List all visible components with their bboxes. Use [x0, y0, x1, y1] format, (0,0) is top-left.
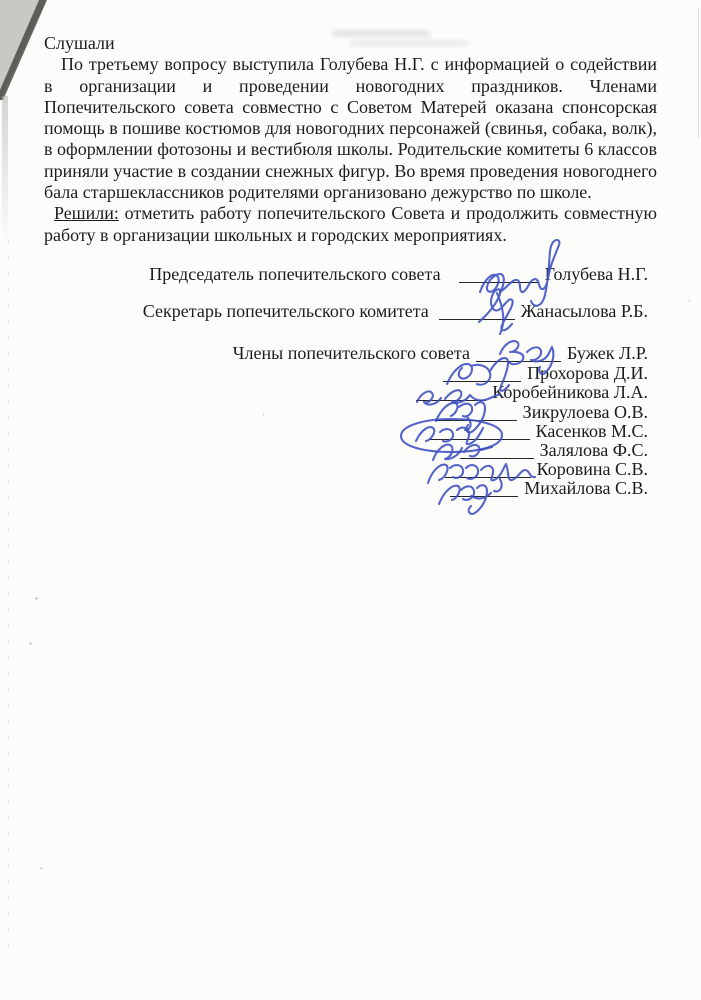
signature-row-member: Члены попечительского совета Бужек Л.Р. [233, 343, 648, 363]
heard-heading: Слушали [44, 33, 657, 54]
member-name: Коровина С.В. [537, 459, 648, 479]
member-name: Касенков М.С. [536, 421, 648, 441]
scanned-document-page: Слушали По третьему вопросу выступила Го… [0, 0, 701, 1000]
signature-row-member: Прохорова Д.И. [443, 363, 648, 383]
scan-edge-strip [2, 96, 8, 246]
member-name: Зикрулоева О.В. [523, 402, 648, 422]
scan-speckles [0, 0, 1, 1]
members-role-label: Члены попечительского совета [233, 343, 470, 363]
scan-right-edge-line [698, 8, 699, 138]
chairman-role-label: Председатель попечительского совета [149, 264, 440, 284]
member-name: Бужек Л.Р. [567, 343, 648, 363]
signature-row-member: Коробейникова Л.А. [416, 382, 648, 402]
member-signature-line [416, 399, 486, 401]
signature-row-member: Михайлова С.В. [450, 478, 648, 498]
signature-row-member: Залялова Ф.С. [460, 440, 648, 460]
signature-row-chairman: Председатель попечительского совета Голу… [149, 264, 648, 284]
chairman-name: Голубева Н.Г. [545, 264, 648, 284]
member-name: Коробейникова Л.А. [492, 382, 648, 402]
resolved-paragraph: Решили: отметить работу попечительского … [44, 203, 657, 246]
signature-row-member: Зикрулоева О.В. [435, 402, 648, 422]
member-signature-line [450, 495, 518, 497]
secretary-name: Жанасылова Р.Б. [521, 301, 648, 321]
secretary-role-label: Секретарь попечительского комитета [143, 301, 429, 321]
secretary-signature-line [439, 318, 515, 320]
document-body: Слушали По третьему вопросу выступила Го… [44, 33, 657, 246]
heard-paragraph: По третьему вопросу выступила Голубева Н… [44, 54, 657, 203]
signature-row-member: Касенков М.С. [430, 421, 648, 441]
resolved-label: Решили: [54, 203, 119, 223]
member-name: Залялова Ф.С. [540, 440, 648, 460]
member-signature-line [476, 360, 561, 362]
member-name: Михайлова С.В. [524, 478, 648, 498]
scan-left-dotted-line [8, 240, 9, 950]
member-name: Прохорова Д.И. [527, 363, 648, 383]
resolved-text: отметить работу попечительского Совета и… [44, 203, 657, 244]
signature-row-secretary: Секретарь попечительского комитета Жанас… [143, 301, 648, 321]
chairman-signature-line [459, 281, 539, 283]
signature-row-member: Коровина С.В. [445, 459, 648, 479]
